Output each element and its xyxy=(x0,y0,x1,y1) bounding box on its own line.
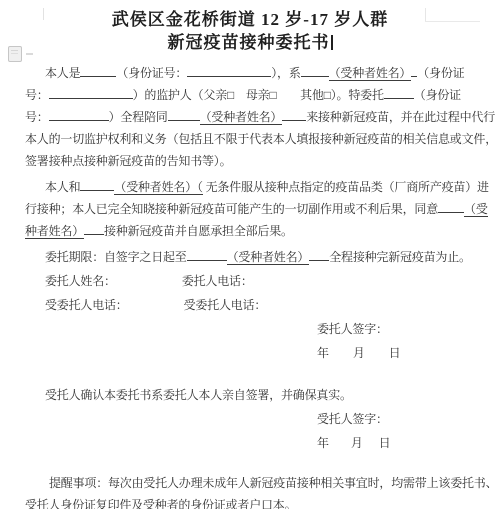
text-run: 月 xyxy=(351,436,363,450)
text-run: 受委托人电话： xyxy=(45,298,128,312)
text-cursor xyxy=(331,35,333,50)
text-run: ）的监护人（父亲□ 母亲□ 其他□）。特委托 xyxy=(133,88,384,102)
text-run: 本人是 xyxy=(45,66,80,80)
text-run: ）全程陪同 xyxy=(109,110,168,124)
text-run: 无条件服从接种点指定的疫苗品类（厂商所产疫苗）进 xyxy=(203,180,489,194)
text-run: 种者姓名） xyxy=(25,224,84,239)
text-run: 本人和 xyxy=(45,180,80,194)
text-run: 全程接种完新冠疫苗为止。 xyxy=(329,250,471,264)
text-run: 委托人姓名： xyxy=(45,274,116,288)
text-run: 日 xyxy=(379,436,391,450)
text-run: 提醒事项：每次由受托人办理未成年人新冠疫苗接种相关事宜时，均需带上该委托书、 xyxy=(49,476,497,490)
word-document-page: 武侯区金花桥街道 12 岁-17 岁人群 新冠疫苗接种委托书 本人是（身份证号：… xyxy=(0,8,500,509)
text-run: 月 xyxy=(353,346,365,360)
document-line: 委托人姓名：委托人电话： xyxy=(25,270,482,292)
text-run: 行接种；本人已完全知晓接种新冠疫苗可能产生的一切副作用或不利后果，同意 xyxy=(25,202,438,216)
text-run: 年 xyxy=(317,346,329,360)
text-run: 受托人身份证复印件及受种者的身份证或者户口本。 xyxy=(25,498,296,509)
document-line: 委托期限：自签字之日起至（受种者姓名）全程接种完新冠疫苗为止。 xyxy=(25,246,482,268)
text-run: 签署接种点接种新冠疫苗的告知书等）。 xyxy=(25,154,231,168)
text-run: 受托人确认本委托书系委托人本人亲自签署，并确保真实。 xyxy=(45,388,352,402)
text-run: （受种者姓名） xyxy=(329,66,412,81)
blank-fill-field[interactable] xyxy=(49,85,133,99)
text-run: 委托人签字： xyxy=(317,322,388,336)
document-line: 签署接种点接种新冠疫苗的告知书等）。 xyxy=(25,150,482,172)
document-line: 受托人身份证复印件及受种者的身份证或者户口本。 xyxy=(25,494,482,509)
clipboard-paste-dropdown-dash xyxy=(26,53,33,55)
text-run: （受种者姓名）（ xyxy=(114,180,202,195)
window-edge-artifact xyxy=(425,21,480,22)
blank-fill-field[interactable] xyxy=(168,107,200,121)
text-run: 号： xyxy=(25,110,49,124)
text-run: 日 xyxy=(389,346,401,360)
blank-fill-field[interactable] xyxy=(282,107,306,121)
text-run: （身份证号： xyxy=(116,66,187,80)
text-run: （身份证 xyxy=(417,66,464,80)
window-edge-artifact xyxy=(425,8,426,22)
document-line: 委托人签字： xyxy=(25,318,482,340)
text-run: 委托期限：自签字之日起至 xyxy=(45,250,187,264)
document-line: 行接种；本人已完全知晓接种新冠疫苗可能产生的一切副作用或不利后果，同意（受 xyxy=(25,198,482,220)
blank-fill-field[interactable] xyxy=(187,63,271,77)
document-line: 本人的一切监护权利和义务（包括且不限于代表本人填报接种新冠疫苗的相关信息或文件， xyxy=(25,128,482,150)
title-line-2: 新冠疫苗接种委托书 xyxy=(0,31,500,54)
blank-fill-field[interactable] xyxy=(80,177,114,191)
text-run: 委托人电话： xyxy=(182,274,253,288)
blank-fill-field[interactable] xyxy=(301,63,329,77)
text-run: （受 xyxy=(464,202,488,217)
document-line: 年月日 xyxy=(25,432,482,454)
text-run: 来接种新冠疫苗，并在此过程中代行 xyxy=(306,110,495,124)
blank-fill-field[interactable] xyxy=(438,199,464,213)
document-line: 受托人确认本委托书系委托人本人亲自签署，并确保真实。 xyxy=(25,384,482,406)
blank-fill-field[interactable] xyxy=(309,247,329,261)
document-text-area[interactable]: 本人是（身份证号：），系（受种者姓名）（身份证号：）的监护人（父亲□ 母亲□ 其… xyxy=(25,62,482,509)
blank-fill-field[interactable] xyxy=(384,85,414,99)
text-run: （受种者姓名） xyxy=(200,110,283,125)
document-line: 本人是（身份证号：），系（受种者姓名）（身份证 xyxy=(25,62,482,84)
document-line: 号：）全程陪同（受种者姓名）来接种新冠疫苗，并在此过程中代行 xyxy=(25,106,482,128)
text-run: 受委托人电话： xyxy=(184,298,267,312)
window-edge-artifact xyxy=(43,8,44,20)
blank-fill-field[interactable] xyxy=(187,247,227,261)
document-line: 号：）的监护人（父亲□ 母亲□ 其他□）。特委托（身份证 xyxy=(25,84,482,106)
text-run: ），系 xyxy=(271,66,300,80)
text-run: （身份证 xyxy=(414,88,461,102)
document-line: 年月日 xyxy=(25,342,482,364)
text-run: 年 xyxy=(317,436,329,450)
document-line: 受委托人电话：受委托人电话： xyxy=(25,294,482,316)
text-run: 本人的一切监护权利和义务（包括且不限于代表本人填报接种新冠疫苗的相关信息或文件， xyxy=(25,132,497,146)
blank-fill-field[interactable] xyxy=(84,221,104,235)
document-line: 提醒事项：每次由受托人办理未成年人新冠疫苗接种相关事宜时，均需带上该委托书、 xyxy=(25,472,482,494)
text-run: 受托人签字： xyxy=(317,412,388,426)
document-line: 受托人签字： xyxy=(25,408,482,430)
document-line: 种者姓名）接种新冠疫苗并自愿承担全部后果。 xyxy=(25,220,482,242)
blank-fill-field[interactable] xyxy=(80,63,116,77)
text-run: 接种新冠疫苗并自愿承担全部后果。 xyxy=(104,224,293,238)
blank-fill-field[interactable] xyxy=(49,107,109,121)
text-run: （受种者姓名） xyxy=(227,250,310,265)
clipboard-paste-icon[interactable] xyxy=(8,46,22,62)
document-line: 本人和（受种者姓名）（ 无条件服从接种点指定的疫苗品类（厂商所产疫苗）进 xyxy=(25,176,482,198)
text-run: 号： xyxy=(25,88,49,102)
